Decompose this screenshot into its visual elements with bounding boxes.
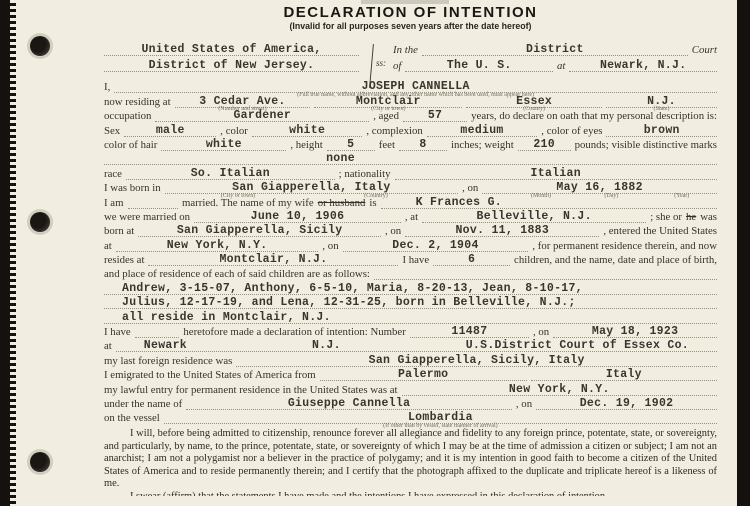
declarant-name-field: JOSEPH CANNELLA (Full true name, without… [114,80,717,93]
emigrated-line: I emigrated to the United States of Amer… [104,367,717,381]
sex-field: male [124,124,216,137]
venue-left: United States of America, District of Ne… [104,40,359,72]
oath-paragraph: I will, before being admitted to citizen… [104,428,717,491]
ss-brace: ss: [359,40,393,72]
entry-date-field: Dec. 19, 1902 [536,397,717,410]
birth-line: I was born in San Giapperella, Italy (Ci… [104,180,717,194]
spouse-entry-date-field: Dec. 2, 1904 [343,239,529,252]
birthdate-field: May 16, 1882 (Month) (Day) (Year) [482,181,717,194]
state-field: N.J.(State) [606,95,717,108]
complexion-field: medium [427,124,538,137]
at-value-field: Newark, N.J. [569,59,717,72]
court-label: Court [692,44,717,56]
hair-field: white [161,138,286,151]
weight-field: 210 [518,138,571,151]
of-label: of [393,60,401,72]
hair-line: color of hair white , height 5 feet 8 in… [104,137,717,151]
eyes-field: brown [606,124,717,137]
wedding-line: we were married on June 10, 1906 , at Be… [104,209,717,223]
he-struck: he [686,211,696,223]
ss-label: ss: [376,58,386,68]
wedding-date-field: June 10, 1906 [194,210,401,223]
or-husband-struck: or husband [318,197,366,209]
venue-section: United States of America, District of Ne… [104,40,717,72]
in-the-label: In the [393,44,418,56]
page-title: DECLARATION OF INTENTION [104,5,717,21]
children-line-3: all reside in Montclair, N.J. [104,309,717,323]
emigration-country-field: Italy [531,368,717,381]
spouse-residence-line: resides at Montclair, N.J. I have 6 chil… [104,252,717,266]
venue-country-field: United States of America, [104,40,359,56]
spouse-residence-field: Montclair, N.J. [148,253,398,266]
scanned-document-page: DECLARATION OF INTENTION (Invalid for al… [0,0,750,506]
race-field: So. Italian [126,167,335,180]
entry-port-field: New York, N.Y. [402,383,717,396]
venue-country: United States of America, [141,44,321,55]
venue-district: District of New Jersey. [149,60,315,71]
court-name-field: District [422,43,688,56]
of-value-field: The U. S. [405,59,553,72]
spouse-birth-line: born at San Giapperella, Sicily , on Nov… [104,223,717,237]
children-count-field: 6 [433,253,510,266]
declaration-number-field: 11487 [410,325,529,338]
page-subtitle: (Invalid for all purposes seven years af… [104,21,717,32]
age-field: 57 [403,109,467,122]
paper: DECLARATION OF INTENTION (Invalid for al… [16,0,737,506]
venue-district-field: District of New Jersey. [104,56,359,72]
children-line-2: Julius, 12-17-19, and Lena, 12-31-25, bo… [104,295,717,309]
punch-hole [30,452,50,472]
prior-state: N.J. [312,340,341,351]
prior-court: U.S.District Court of Essex Co. [466,340,689,351]
marks-field: none [104,152,717,165]
color-field: white [252,124,363,137]
marks-line: none [104,151,717,165]
punch-hole [30,212,50,232]
emigration-port-field: Palermo [320,368,527,381]
wedding-place-field: Belleville, N.J. [422,210,646,223]
vessel-line: on the vessel Lombardia (If other than b… [104,410,717,424]
children-row-1: Andrew, 3-15-07, Anthony, 6-5-10, Maria,… [104,282,717,295]
at-label: at [557,60,565,72]
heretofore-blank [135,325,180,338]
street-field: 3 Cedar Ave.(Number and street) [175,95,311,108]
spouse-birthdate-field: Nov. 11, 1883 [405,224,599,237]
birthplace-field: San Giapperella, Italy (City or town) (C… [165,181,458,194]
children-line-1: Andrew, 3-15-07, Anthony, 6-5-10, Maria,… [104,280,717,294]
venue-right: In the District Court of The U. S. at Ne… [393,40,717,72]
cutoff-line: I swear (affirm) that the statements I h… [104,491,717,496]
entry-name-field: Giuseppe Cannella [186,397,512,410]
married-status-field [128,196,178,209]
sex-line: Sex male , color white , complexion medi… [104,122,717,136]
spouse-birthplace-field: San Giapperella, Sicily [138,224,381,237]
punch-hole [30,36,50,56]
name-note: (Full true name, without abbreviation, a… [297,92,534,98]
form-content: DECLARATION OF INTENTION (Invalid for al… [104,5,717,496]
spouse-entry-line: at New York, N.Y. , on Dec. 2, 1904 , fo… [104,237,717,251]
children-row-3: all reside in Montclair, N.J. [104,311,717,324]
married-line: I am married. The name of my wife or hus… [104,194,717,208]
children-row-2: Julius, 12-17-19, and Lena, 12-31-25, bo… [104,296,717,309]
children-intro-blank [374,267,717,280]
spouse-entry-port-field: New York, N.Y. [116,239,319,252]
children-intro-line: and place of residence of each of said c… [104,266,717,280]
nationality-field: Italian [395,167,717,180]
foreign-residence-line: my last foreign residence was San Giappe… [104,352,717,366]
name-line: I, JOSEPH CANNELLA (Full true name, with… [104,79,717,93]
prior-declaration-line: I have heretofore made a declaration of … [104,324,717,338]
lawful-entry-line: my lawful entry for permanent residence … [104,381,717,395]
occupation-line: occupation Gardener , aged 57 years, do … [104,108,717,122]
inches-field: 8 [399,138,447,151]
foreign-residence-field: San Giapperella, Sicily, Italy [236,354,717,367]
vessel-field: Lombardia (If other than by vessel, stat… [164,411,717,424]
prior-court-line: at Newark N.J. U.S.District Court of Ess… [104,338,717,352]
prior-court-field: Newark N.J. U.S.District Court of Essex … [116,339,717,352]
declaration-date-field: May 18, 1923 [553,325,717,338]
prior-city: Newark [144,340,187,351]
race-line: race So. Italian ; nationality Italian [104,165,717,179]
entry-name-line: under the name of Giuseppe Cannella , on… [104,396,717,410]
declarant-name: JOSEPH CANNELLA [362,81,470,92]
feet-field: 5 [327,138,375,151]
i-label: I, [104,81,110,93]
